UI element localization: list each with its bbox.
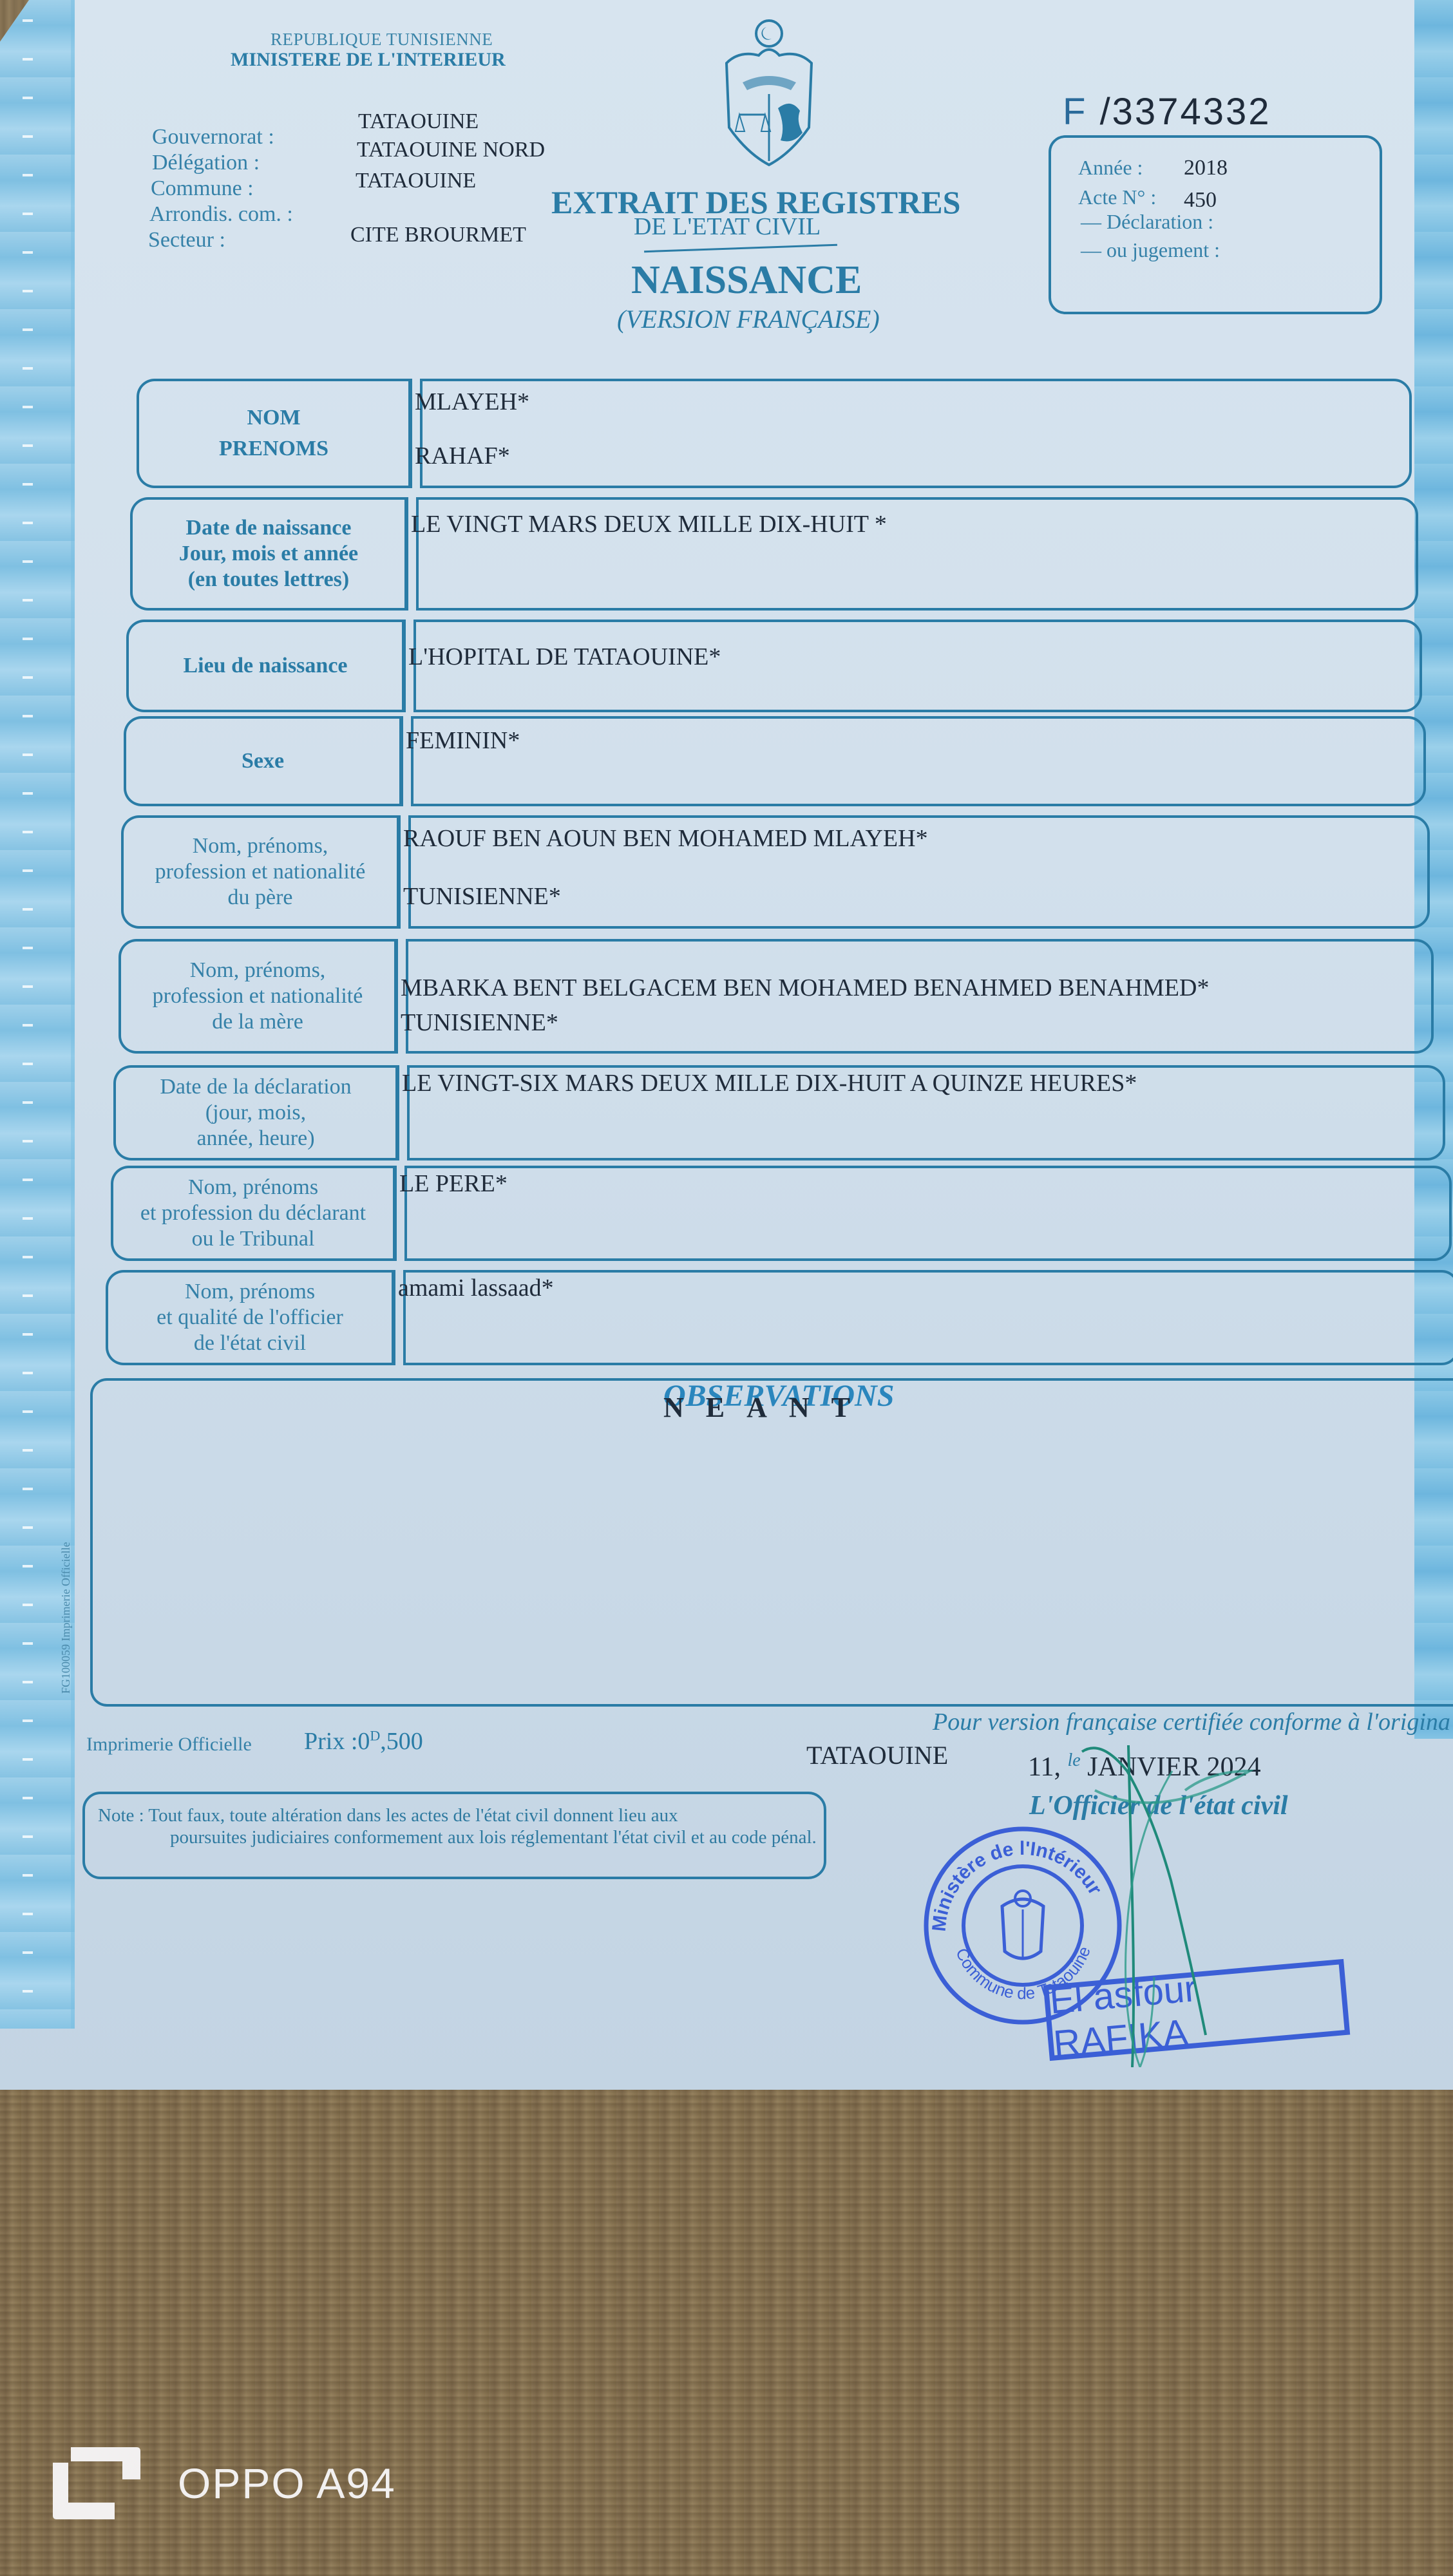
title-underline (644, 244, 837, 252)
handwritten-signature-icon (1056, 1732, 1301, 2067)
delegation-label: Délégation : (152, 151, 260, 175)
field-value: LE PERE* (399, 1170, 508, 1198)
observations-box (90, 1378, 1453, 1707)
field-label-line: et qualité de l'officier (157, 1305, 343, 1331)
annee-label: Année : (1078, 156, 1143, 180)
field-value: RAHAF* (415, 442, 510, 470)
field-value: FEMININ* (406, 726, 520, 755)
field-label-line: Lieu de naissance (183, 653, 347, 679)
field-value: L'HOPITAL DE TATAOUINE* (408, 643, 721, 671)
certificate-reference-number: F /3374332 (1063, 90, 1271, 133)
field-label-line: du père (227, 885, 292, 911)
document-type: NAISSANCE (631, 258, 862, 303)
arrondissement-label: Arrondis. com. : (149, 202, 293, 227)
declaration-label: — Déclaration : (1081, 210, 1213, 234)
field-label-line: de l'état civil (194, 1331, 306, 1356)
field-label-line: (en toutes lettres) (188, 567, 350, 592)
field-label: Nom, prénomset profession du déclarantou… (111, 1166, 397, 1261)
field-label: Nom, prénoms,profession et nationalitéde… (119, 939, 398, 1054)
field-value-box (420, 379, 1412, 488)
field-label: Nom, prénoms,profession et nationalitédu… (121, 815, 401, 929)
field-value-box (404, 1166, 1452, 1261)
birth-certificate-document: REPUBLIQUE TUNISIENNE MINISTERE DE L'INT… (0, 0, 1453, 2090)
field-label-line: Nom, prénoms, (193, 833, 328, 859)
field-label-line: profession et nationalité (153, 983, 363, 1009)
field-label-line: profession et nationalité (155, 859, 366, 885)
secteur-value: CITE BROURMET (350, 223, 526, 247)
field-label: Lieu de naissance (126, 620, 406, 712)
field-label-line: Nom, prénoms (185, 1279, 315, 1305)
field-label: NOMPRENOMS (137, 379, 412, 488)
printer-code-vertical: FG100059 Imprimerie Officielle (59, 1542, 73, 1694)
field-label-line: Nom, prénoms, (190, 958, 326, 983)
commune-label: Commune : (151, 176, 254, 201)
ministry-heading: MINISTERE DE L'INTERIEUR (231, 49, 506, 71)
document-version: (VERSION FRANÇAISE) (617, 304, 880, 334)
field-value: MLAYEH* (415, 388, 529, 416)
field-label-line: ou le Tribunal (192, 1226, 315, 1252)
acte-label: Acte N° : (1078, 185, 1156, 209)
field-label-line: Sexe (242, 748, 284, 774)
gouvernorat-label: Gouvernorat : (152, 125, 274, 149)
price: Prix :0D,500 (304, 1727, 423, 1756)
field-label-line: (jour, mois, (205, 1100, 306, 1126)
field-value: RAOUF BEN AOUN BEN MOHAMED MLAYEH* (403, 824, 928, 853)
field-label-line: PRENOMS (219, 433, 328, 464)
document-subtitle: DE L'ETAT CIVIL (634, 213, 821, 241)
field-value: TUNISIENNE* (401, 1009, 558, 1037)
field-value: MBARKA BENT BELGACEM BEN MOHAMED BENAHME… (401, 974, 1209, 1002)
field-label-line: Date de la déclaration (160, 1074, 351, 1100)
field-label-line: Date de naissance (186, 515, 352, 541)
field-label: Date de la déclaration(jour, mois,année,… (113, 1065, 399, 1160)
field-label-line: Jour, mois et année (179, 541, 358, 567)
acte-value: 450 (1184, 188, 1217, 213)
gouvernorat-value: TATAOUINE (358, 109, 479, 134)
tunisia-coat-of-arms-icon (714, 18, 824, 170)
field-label-line: Nom, prénoms (188, 1175, 318, 1200)
republic-heading: REPUBLIQUE TUNISIENNE (271, 30, 493, 50)
field-value-box (403, 1270, 1453, 1365)
field-label: Sexe (124, 716, 403, 806)
field-value: LE VINGT-SIX MARS DEUX MILLE DIX-HUIT A … (402, 1069, 1137, 1097)
legal-note-text: Note : Tout faux, toute altération dans … (98, 1804, 819, 1848)
commune-value: TATAOUINE (356, 169, 476, 193)
field-value: amami lassaad* (398, 1274, 554, 1302)
camera-model-text: OPPO A94 (178, 2459, 396, 2508)
field-label: Date de naissanceJour, mois et année(en … (130, 497, 408, 611)
field-value-box (411, 716, 1426, 806)
issue-place: TATAOUINE (806, 1740, 948, 1770)
delegation-value: TATAOUINE NORD (357, 138, 545, 162)
legal-note-box: Note : Tout faux, toute altération dans … (82, 1792, 826, 1879)
field-label-line: année, heure) (196, 1126, 314, 1151)
jugement-label: — ou jugement : (1081, 238, 1220, 262)
field-label: Nom, prénomset qualité de l'officierde l… (106, 1270, 395, 1365)
field-value: TUNISIENNE* (403, 882, 561, 911)
decorative-border-left (0, 0, 75, 2029)
camera-watermark: OPPO A94 (53, 2447, 396, 2519)
field-label-line: et profession du déclarant (140, 1200, 366, 1226)
field-value: LE VINGT MARS DEUX MILLE DIX-HUIT * (411, 510, 887, 538)
printer-name: Imprimerie Officielle (86, 1734, 252, 1756)
annee-value: 2018 (1184, 156, 1228, 180)
register-info-box: Année : 2018 Acte N° : 450 — Déclaration… (1049, 135, 1382, 314)
oppo-camera-logo-icon (53, 2447, 140, 2519)
secteur-label: Secteur : (148, 228, 225, 252)
field-label-line: NOM (247, 402, 300, 433)
observations-value: NEANT (663, 1391, 872, 1424)
field-label-line: de la mère (212, 1009, 303, 1035)
